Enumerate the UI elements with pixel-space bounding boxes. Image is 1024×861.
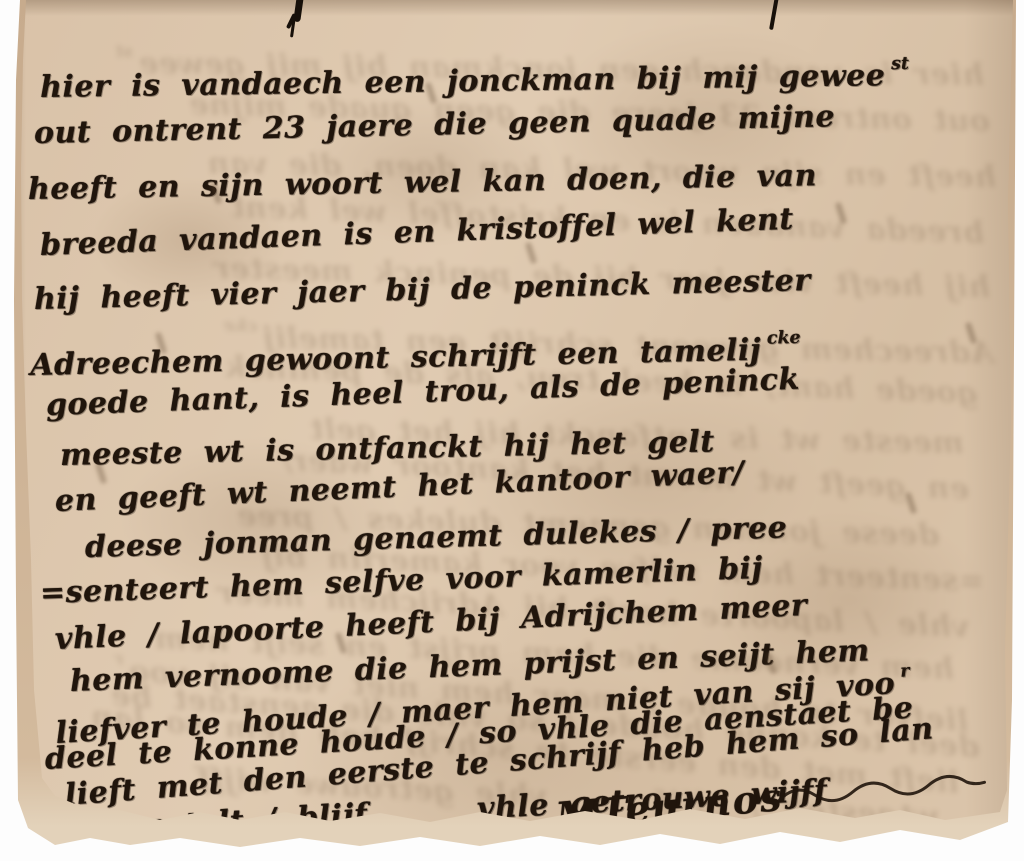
letter-line-text: out ontrent 23 jaere die geen quade mijn… — [34, 99, 836, 151]
superscript-text: r — [900, 661, 910, 682]
letter-line: hier is vandaech een jonckman bij mij ge… — [40, 42, 1024, 96]
letter-body: hier is vandaech een jonckman bij mij ge… — [0, 0, 1024, 861]
letter-line-text: breeda vandaen is en kristoffel wel kent — [39, 202, 794, 263]
superscript-text: st — [891, 54, 909, 74]
letter-line: hij heeft vier jaer bij de peninck meest… — [34, 256, 1024, 320]
letter-line-text: heeft en sijn woort wel kan doen, die va… — [28, 158, 817, 207]
superscript-text: cke — [767, 328, 801, 349]
letter-line-text: hij heeft vier jaer bij de peninck meest… — [34, 263, 811, 317]
scanned-letter-page: hier is vandaech een jonckman bij mij ge… — [0, 0, 1024, 861]
letter-text: hier is vandaech een jonckman bij mij ge… — [0, 0, 1024, 850]
letter-paper: hier is vandaech een jonckman bij mij ge… — [0, 0, 1024, 861]
